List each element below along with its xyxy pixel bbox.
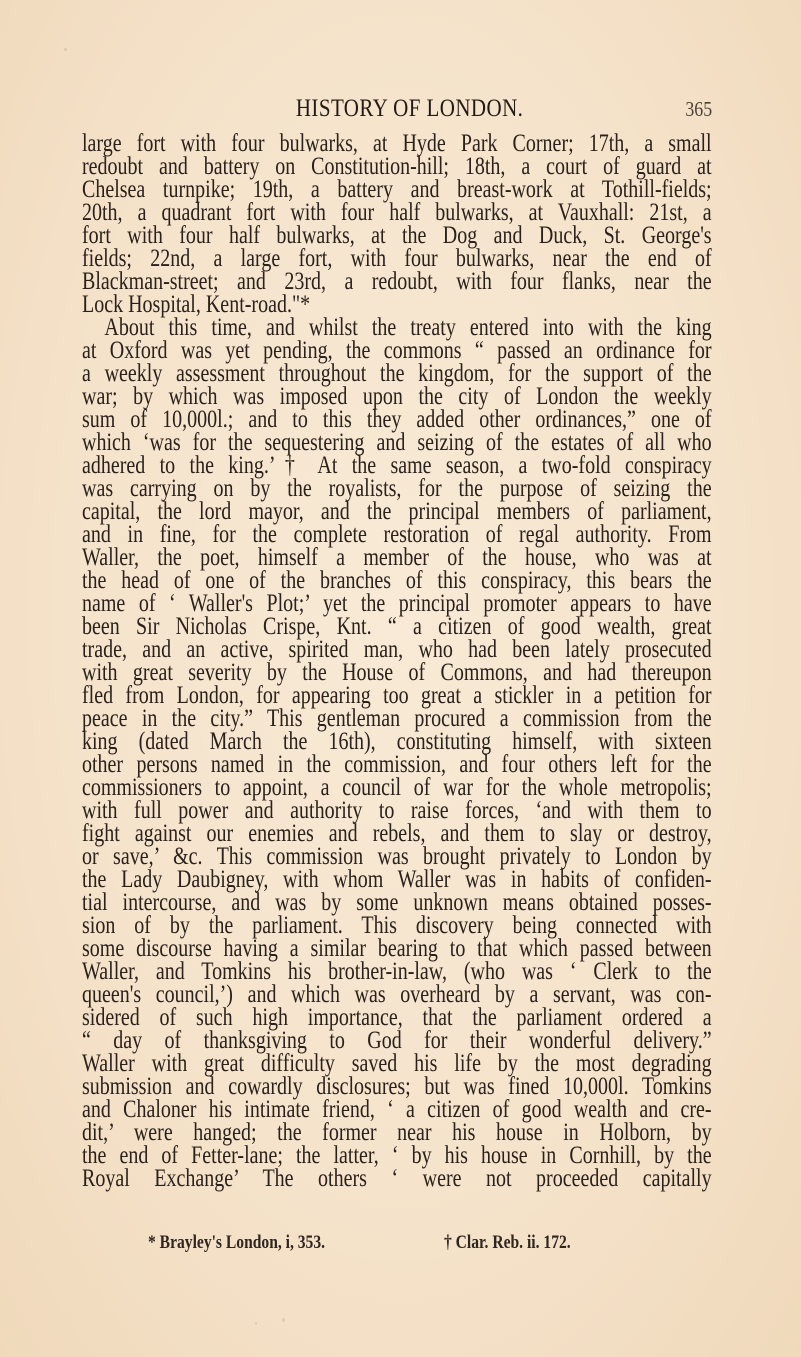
paper-spot	[255, 1322, 257, 1325]
text-line: capital, the lord mayor, and the princip…	[82, 500, 712, 523]
text-line: and Chaloner his intimate friend, ‘ a ci…	[82, 1098, 712, 1121]
text-line: queen's council,’) and which was overhea…	[82, 983, 712, 1006]
text-line: fields; 22nd, a large fort, with four bu…	[82, 247, 712, 270]
text-line: was carrying on by the royalists, for th…	[82, 477, 712, 500]
text-line: been Sir Nicholas Crispe, Knt. “ a citiz…	[82, 615, 712, 638]
text-line: Chelsea turnpike; 19th, a battery and br…	[82, 178, 712, 201]
text-line: redoubt and battery on Constitution-hill…	[82, 155, 712, 178]
text-line: trade, and an active, spirited man, who …	[82, 638, 712, 661]
paper-spot	[282, 1318, 285, 1322]
paragraph-start-line: About this time, and whilst the treaty e…	[82, 316, 712, 339]
footnotes: * Brayley's London, i, 353. † Clar. Reb.…	[148, 1228, 648, 1258]
text-line: some discourse having a similar bearing …	[82, 937, 712, 960]
text-line: sidered of such high importance, that th…	[82, 1006, 712, 1029]
text-line: war; by which was imposed upon the city …	[82, 385, 712, 408]
text-line: king (dated March the 16th), constitutin…	[82, 730, 712, 753]
paper-spot	[64, 48, 67, 51]
body-text: large fort with four bulwarks, at Hyde P…	[82, 132, 712, 1190]
text-line: large fort with four bulwarks, at Hyde P…	[82, 132, 712, 155]
text-line: fled from London, for appearing too grea…	[82, 684, 712, 707]
footnote-clarendon: † Clar. Reb. ii. 172.	[444, 1228, 571, 1258]
text-line: a weekly assessment throughout the kingd…	[82, 362, 712, 385]
running-title: HISTORY OF LONDON.	[132, 92, 661, 126]
text-line: other persons named in the commission, a…	[82, 753, 712, 776]
text-line: peace in the city.” This gentleman procu…	[82, 707, 712, 730]
text-line: with full power and authority to raise f…	[82, 799, 712, 822]
text-line: Lock Hospital, Kent-road."*	[82, 293, 712, 316]
text-line: the end of Fetter-lane; the latter, ‘ by…	[82, 1144, 712, 1167]
text-line: name of ‘ Waller's Plot;’ yet the princi…	[82, 592, 712, 615]
text-line: adhered to the king.’† At the same seaso…	[82, 454, 712, 477]
text-line: “ day of thanksgiving to God for their w…	[82, 1029, 712, 1052]
text-line: sum of 10,000l.; and to this they added …	[82, 408, 712, 431]
text-line: Blackman-street; and 23rd, a redoubt, wi…	[82, 270, 712, 293]
text-line: with great severity by the House of Comm…	[82, 661, 712, 684]
running-head: HISTORY OF LONDON. 365	[82, 92, 712, 126]
text-line: or save,’ &c. This commission was brough…	[82, 845, 712, 868]
text-line: fort with four half bulwarks, at the Dog…	[82, 224, 712, 247]
text-line: fight against our enemies and rebels, an…	[82, 822, 712, 845]
text-line: submission and cowardly disclosures; but…	[82, 1075, 712, 1098]
page-number: 365	[685, 92, 712, 126]
text-line: tial intercourse, and was by some unknow…	[82, 891, 712, 914]
text-line: sion of by the parliament. This discover…	[82, 914, 712, 937]
text-line: at Oxford was yet pending, the commons “…	[82, 339, 712, 362]
text-line: and in fine, for the complete restoratio…	[82, 523, 712, 546]
text-line: Waller, the poet, himself a member of th…	[82, 546, 712, 569]
footnote-brayley: * Brayley's London, i, 353.	[148, 1228, 325, 1258]
book-page: HISTORY OF LONDON. 365 large fort with f…	[0, 0, 801, 1357]
text-line: Waller, and Tomkins his brother-in-law, …	[82, 960, 712, 983]
text-line: Royal Exchange’ The others ‘ were not pr…	[82, 1167, 712, 1190]
text-line: commissioners to appoint, a council of w…	[82, 776, 712, 799]
text-line: the head of one of the branches of this …	[82, 569, 712, 592]
text-line: dit,’ were hanged; the former near his h…	[82, 1121, 712, 1144]
text-line: Waller with great difficulty saved his l…	[82, 1052, 712, 1075]
text-line: the Lady Daubigney, with whom Waller was…	[82, 868, 712, 891]
text-line: which ‘was for the sequestering and seiz…	[82, 431, 712, 454]
text-line: 20th, a quadrant fort with four half bul…	[82, 201, 712, 224]
